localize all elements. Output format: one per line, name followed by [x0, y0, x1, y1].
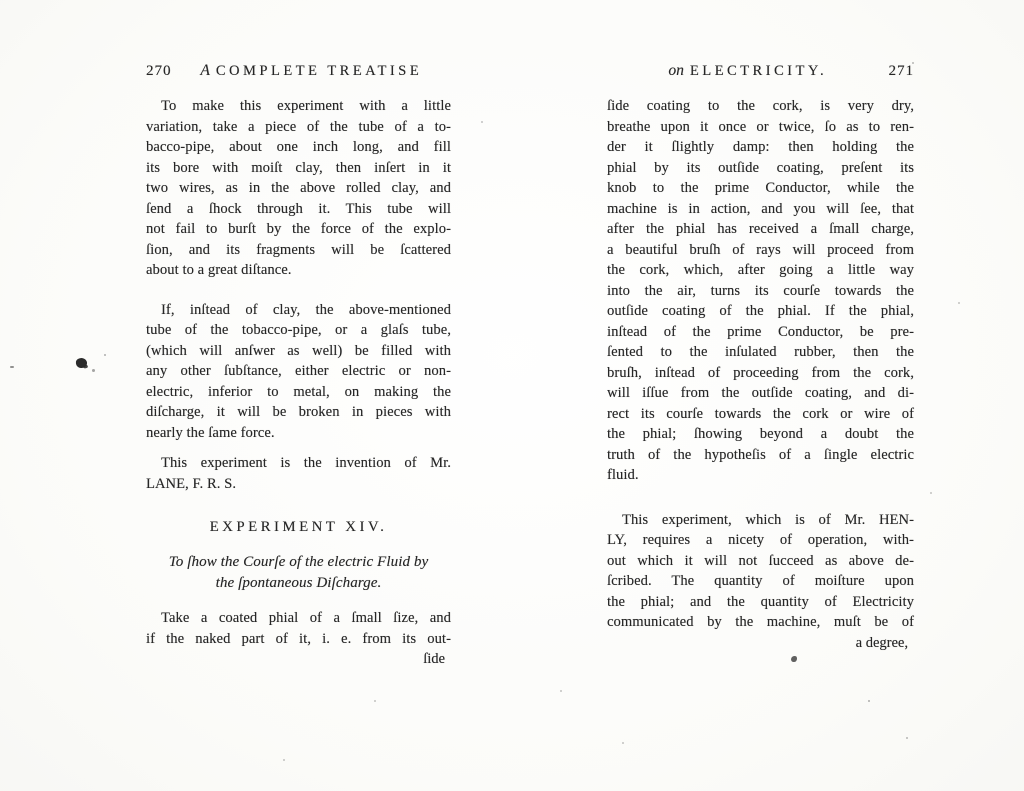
text-line: phial by its outſide coating, preſent it…	[607, 158, 914, 179]
text-line: two wires, as in the above rolled clay, …	[146, 178, 451, 199]
running-title-right: onELECTRICITY.	[607, 62, 889, 80]
ink-speck	[283, 759, 285, 761]
text-line: the phial; ſhowing beyond a doubt the	[607, 424, 914, 445]
text-line: Take a coated phial of a ſmall ſize, and	[146, 608, 451, 629]
text-line: ſion, and its fragments will be ſcattere…	[146, 240, 451, 261]
text-line: the phial; and the quantity of Electrici…	[607, 592, 914, 613]
paragraph: This experiment, which is of Mr. HEN-LY,…	[607, 510, 914, 633]
text-line: tube of the tobacco-pipe, or a glaſs tub…	[146, 320, 451, 341]
paragraph: ſide coating to the cork, is very dry,br…	[607, 96, 914, 486]
paragraph: This experiment is the invention of Mr.L…	[146, 453, 451, 494]
running-head-right: onELECTRICITY. 271	[607, 62, 914, 84]
ink-speck	[104, 354, 106, 356]
text-line: fluid.	[607, 465, 914, 486]
text-line: bruſh, inſtead of proceeding from the co…	[607, 363, 914, 384]
text-line: diſcharge, it will be broken in pieces w…	[146, 402, 451, 423]
text-line: der it ſlightly damp: then holding the	[607, 137, 914, 158]
text-line: its bore with moiſt clay, then inſert in…	[146, 158, 451, 179]
text-line: machine is in action, and you will ſee, …	[607, 199, 914, 220]
ink-speck	[560, 690, 562, 692]
text-line: if the naked part of it, i. e. from its …	[146, 629, 451, 650]
text-line: LY, requires a nicety of operation, with…	[607, 530, 914, 551]
ink-speck	[10, 366, 14, 368]
catchword-left: ſide	[146, 649, 451, 670]
ink-speck	[906, 737, 908, 739]
running-head-left: 270 ACOMPLETE TREATISE	[146, 62, 451, 84]
running-title-italic-word: on	[668, 62, 684, 79]
text-line: any other ſubſtance, either electric or …	[146, 361, 451, 382]
ink-speck	[374, 700, 376, 702]
text-line: inſtead of the prime Conductor, be pre-	[607, 322, 914, 343]
text-line: rect its courſe towards the cork or wire…	[607, 404, 914, 425]
book-page-right: onELECTRICITY. 271 ſide coating to the c…	[607, 62, 914, 653]
text-line: the cork, which, after going a little wa…	[607, 260, 914, 281]
catchword-right: a degree,	[607, 633, 914, 654]
text-line: If, inſtead of clay, the above-mentioned	[146, 300, 451, 321]
ink-speck	[912, 62, 914, 64]
text-line: electric, inferior to metal, on making t…	[146, 382, 451, 403]
text-line: ſcribed. The quantity of moiſture upon	[607, 571, 914, 592]
running-title-caps: ELECTRICITY.	[690, 63, 827, 79]
text-line: variation, take a piece of the tube of a…	[146, 117, 451, 138]
text-line: the ſpontaneous Diſcharge.	[146, 573, 451, 594]
text-line: communicated by the machine, muſt be of	[607, 612, 914, 633]
text-line: nearly the ſame force.	[146, 423, 451, 444]
text-line: not fail to burſt by the force of the ex…	[146, 219, 451, 240]
text-line: into the air, turns its courſe towards t…	[607, 281, 914, 302]
text-line: breathe upon it once or twice, ſo as to …	[607, 117, 914, 138]
text-line: ſented to the inſulated rubber, then the	[607, 342, 914, 363]
ink-speck	[958, 302, 960, 304]
text-line: ſide coating to the cork, is very dry,	[607, 96, 914, 117]
running-title-caps: COMPLETE TREATISE	[216, 63, 422, 79]
experiment-heading: EXPERIMENT XIV.	[146, 517, 451, 537]
ink-speck	[622, 742, 624, 744]
paragraph: Take a coated phial of a ſmall ſize, and…	[146, 608, 451, 649]
text-line: will iſſue from the outſide coating, and…	[607, 383, 914, 404]
text-line: after the phial has received a ſmall cha…	[607, 219, 914, 240]
text-line: ſend a ſhock through it. This tube will	[146, 199, 451, 220]
ink-speck	[481, 121, 483, 123]
text-line: This experiment, which is of Mr. HEN-	[607, 510, 914, 531]
text-line: LANE, F. R. S.	[146, 474, 451, 495]
text-line: To ſhow the Courſe of the electric Fluid…	[146, 552, 451, 573]
book-page-left: 270 ACOMPLETE TREATISE To make this expe…	[146, 62, 451, 670]
text-line: (which will anſwer as well) be filled wi…	[146, 341, 451, 362]
experiment-subtitle: To ſhow the Courſe of the electric Fluid…	[146, 552, 451, 594]
text-line: To make this experiment with a little	[146, 96, 451, 117]
paragraph: If, inſtead of clay, the above-mentioned…	[146, 300, 451, 444]
running-title-left: ACOMPLETE TREATISE	[172, 62, 452, 80]
text-line: knob to the prime Conductor, while the	[607, 178, 914, 199]
text-line: truth of the hypotheſis of a ſingle elec…	[607, 445, 914, 466]
ink-speck	[92, 369, 95, 372]
paragraph: To make this experiment with a littlevar…	[146, 96, 451, 281]
page-number-left: 270	[146, 63, 172, 80]
ink-speck	[930, 492, 932, 494]
text-line: outſide coating of the phial. If the phi…	[607, 301, 914, 322]
text-line: about to a great diſtance.	[146, 260, 451, 281]
text-line: out which it will not ſucceed as above d…	[607, 551, 914, 572]
text-line: This experiment is the invention of Mr.	[146, 453, 451, 474]
page-number-right: 271	[889, 63, 915, 80]
running-title-italic-word: A	[200, 62, 209, 79]
text-line: a beautiful bruſh of rays will proceed f…	[607, 240, 914, 261]
text-line: bacco-pipe, about one inch long, and fil…	[146, 137, 451, 158]
ink-speck	[868, 700, 870, 702]
